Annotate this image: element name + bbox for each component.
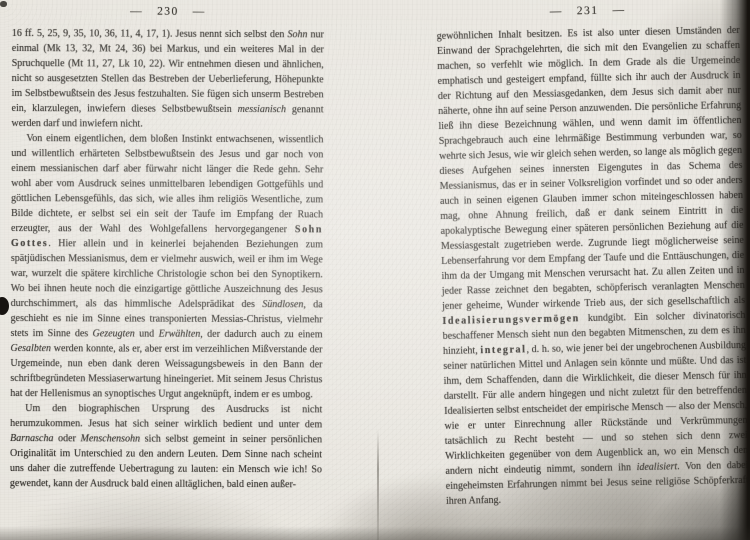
header-dash: —	[193, 6, 206, 18]
header-dash: —	[550, 5, 563, 17]
paragraph: Um den biographischen Ursprung des Ausdr…	[10, 401, 322, 492]
page-text-left: 16 ff. 5, 25, 9, 35, 10, 36, 11, 4, 17, …	[10, 26, 324, 492]
header-dash: —	[612, 4, 625, 16]
emphasized-text: Gezeugten	[93, 328, 135, 339]
emphasized-text: Sohn Gottes	[11, 224, 323, 249]
emphasized-text: Gesalbten	[10, 343, 51, 354]
scanned-page-spread: —230— 16 ff. 5, 25, 9, 35, 10, 36, 11, 4…	[0, 0, 750, 540]
paragraph: 16 ff. 5, 25, 9, 35, 10, 36, 11, 4, 17, …	[11, 26, 323, 132]
page-text-right: gewöhnlichen Inhalt besitzen. Es ist als…	[437, 23, 750, 509]
page-left: —230— 16 ff. 5, 25, 9, 35, 10, 36, 11, 4…	[10, 0, 324, 492]
emphasized-text: Sündlosen	[262, 299, 303, 310]
page-number: 230	[157, 6, 179, 18]
scan-shadow-bottom-right-corner	[610, 450, 750, 540]
paragraph: Von einem eigentlichen, dem bloßen Insti…	[10, 131, 323, 402]
emphasized-text: Barnascha	[10, 433, 53, 444]
page-number: 231	[577, 5, 599, 17]
scan-speck-top-left	[0, 1, 7, 7]
emphasized-text: Erwählten	[159, 329, 201, 340]
page-number-right: —231—	[436, 2, 739, 20]
emphasized-text: messianisch	[238, 104, 286, 115]
paragraph: gewöhnlichen Inhalt besitzen. Es ist als…	[437, 23, 750, 509]
emphasized-text: Idealisierungsvermögen	[442, 313, 580, 327]
emphasized-text: Sohn	[287, 29, 307, 40]
emphasized-text: integral	[480, 344, 526, 356]
emphasized-text: Menschensohn	[81, 433, 140, 444]
book-gutter-line	[377, 430, 379, 540]
ink-blot-left-edge	[0, 297, 9, 315]
page-right: —231— gewöhnlichen Inhalt besitzen. Es i…	[436, 0, 749, 509]
header-dash: —	[130, 6, 143, 18]
page-number-left: —230—	[12, 5, 324, 18]
